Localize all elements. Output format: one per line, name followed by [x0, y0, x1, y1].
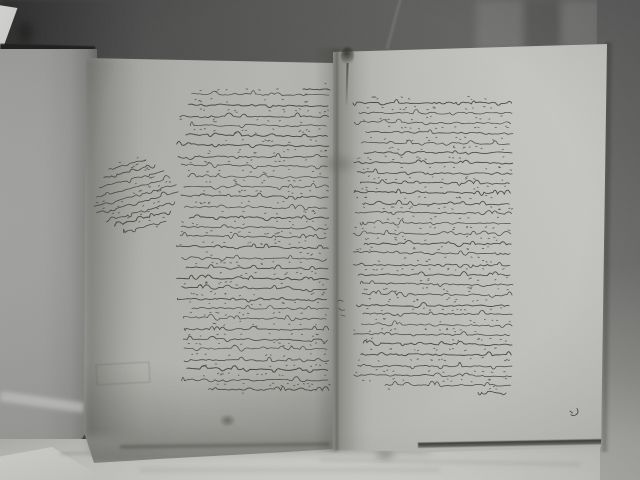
gutter-gray-smudge: [317, 153, 359, 175]
wall-light-band: [560, 0, 600, 48]
left-cover-turned-pages: [0, 49, 97, 465]
cover-bottom-highlight: [0, 391, 84, 413]
wall-scratch-mark: [386, 0, 402, 49]
cloth-wrinkle: [140, 469, 440, 471]
left-page: [84, 56, 334, 464]
stamp-impression: [95, 362, 150, 386]
wall-light-band: [476, 0, 524, 50]
gutter-fold-line: [336, 52, 338, 450]
right-page-bottom-board-edge: [418, 439, 602, 448]
wall-dark-band: [524, 0, 562, 48]
seal-smudge: [219, 414, 236, 427]
manuscript-photo: [0, 0, 640, 480]
cloth-wrinkle: [320, 459, 580, 466]
right-page: [333, 42, 609, 454]
